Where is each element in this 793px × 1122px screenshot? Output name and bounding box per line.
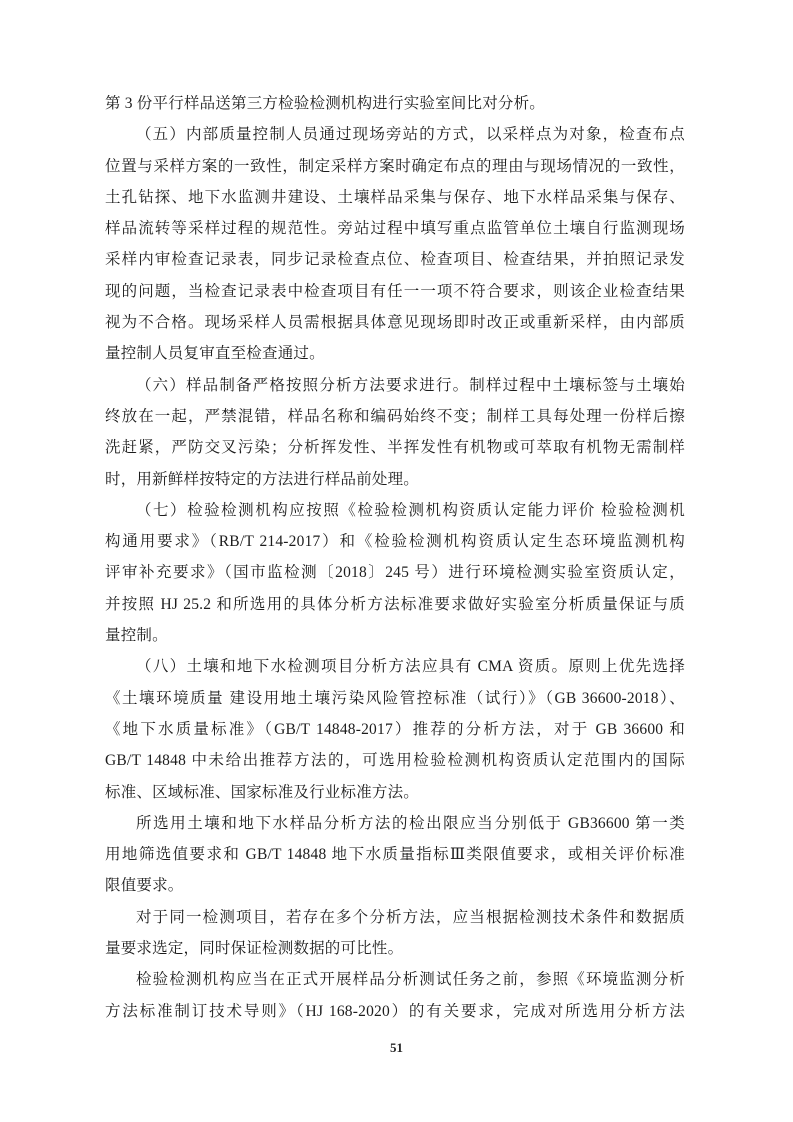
paragraph: 检验检测机构应当在正式开展样品分析测试任务之前，参照《环境监测分析方法标准制订技… xyxy=(105,964,685,1027)
text-line: 现的问题，当检查记录表中检查项目有任一一项不符合要求，则该企业检查结果 xyxy=(105,276,685,307)
text-line: （八）土壤和地下水检测项目分析方法应具有 CMA 资质。原则上优先选择 xyxy=(105,651,685,682)
paragraph: 对于同一检测项目，若存在多个分析方法，应当根据检测技术条件和数据质量要求选定，同… xyxy=(105,902,685,965)
text-line: 量控制人员复审直至检查通过。 xyxy=(105,338,685,369)
text-line: 时，用新鲜样按特定的方法进行样品前处理。 xyxy=(105,464,685,495)
text-line: 检验检测机构应当在正式开展样品分析测试任务之前，参照《环境监测分析 xyxy=(105,964,685,995)
paragraph: （七）检验检测机构应按照《检验检测机构资质认定能力评价 检验检测机构通用要求》（… xyxy=(105,495,685,651)
text-line: 《地下水质量标准》（GB/T 14848-2017）推荐的分析方法，对于 GB … xyxy=(105,714,685,745)
paragraph: 所选用土壤和地下水样品分析方法的检出限应当分别低于 GB36600 第一类用地筛… xyxy=(105,808,685,902)
document-page: 第 3 份平行样品送第三方检验检测机构进行实验室间比对分析。（五）内部质量控制人… xyxy=(0,0,793,1122)
text-line: 样品流转等采样过程的规范性。旁站过程中填写重点监管单位土壤自行监测现场 xyxy=(105,213,685,244)
text-line: 量控制。 xyxy=(105,620,685,651)
text-line: 评审补充要求》（国市监检测〔2018〕245 号）进行环境检测实验室资质认定， xyxy=(105,557,685,588)
text-line: （七）检验检测机构应按照《检验检测机构资质认定能力评价 检验检测机 xyxy=(105,495,685,526)
paragraph: （五）内部质量控制人员通过现场旁站的方式，以采样点为对象，检查布点位置与采样方案… xyxy=(105,119,685,369)
text-line: 《土壤环境质量 建设用地土壤污染风险管控标准（试行）》（GB 36600-201… xyxy=(105,683,685,714)
text-line: 用地筛选值要求和 GB/T 14848 地下水质量指标Ⅲ类限值要求，或相关评价标… xyxy=(105,839,685,870)
text-line: 限值要求。 xyxy=(105,870,685,901)
text-line: 并按照 HJ 25.2 和所选用的具体分析方法标准要求做好实验室分析质量保证与质 xyxy=(105,589,685,620)
paragraph: （六）样品制备严格按照分析方法要求进行。制样过程中土壤标签与土壤始终放在一起，严… xyxy=(105,370,685,495)
text-line: 所选用土壤和地下水样品分析方法的检出限应当分别低于 GB36600 第一类 xyxy=(105,808,685,839)
text-line: 量要求选定，同时保证检测数据的可比性。 xyxy=(105,933,685,964)
text-line: 第 3 份平行样品送第三方检验检测机构进行实验室间比对分析。 xyxy=(105,88,685,119)
page-body-text: 第 3 份平行样品送第三方检验检测机构进行实验室间比对分析。（五）内部质量控制人… xyxy=(105,88,685,1027)
text-line: GB/T 14848 中未给出推荐方法的，可选用检验检测机构资质认定范围内的国际 xyxy=(105,745,685,776)
text-line: 终放在一起，严禁混错，样品名称和编码始终不变；制样工具每处理一份样后擦 xyxy=(105,401,685,432)
text-line: 方法标准制订技术导则》（HJ 168-2020）的有关要求，完成对所选用分析方法 xyxy=(105,996,685,1027)
text-line: 洗赶紧，严防交叉污染；分析挥发性、半挥发性有机物或可萃取有机物无需制样 xyxy=(105,432,685,463)
text-line: 标准、区域标准、国家标准及行业标准方法。 xyxy=(105,777,685,808)
text-line: 对于同一检测项目，若存在多个分析方法，应当根据检测技术条件和数据质 xyxy=(105,902,685,933)
paragraph: （八）土壤和地下水检测项目分析方法应具有 CMA 资质。原则上优先选择《土壤环境… xyxy=(105,651,685,807)
text-line: 视为不合格。现场采样人员需根据具体意见现场即时改正或重新采样，由内部质 xyxy=(105,307,685,338)
text-line: 构通用要求》（RB/T 214-2017）和《检验检测机构资质认定生态环境监测机… xyxy=(105,526,685,557)
text-line: 土孔钻探、地下水监测井建设、土壤样品采集与保存、地下水样品采集与保存、 xyxy=(105,182,685,213)
text-line: 采样内审检查记录表，同步记录检查点位、检查项目、检查结果，并拍照记录发 xyxy=(105,244,685,275)
text-line: 位置与采样方案的一致性，制定采样方案时确定布点的理由与现场情况的一致性， xyxy=(105,151,685,182)
paragraph: 第 3 份平行样品送第三方检验检测机构进行实验室间比对分析。 xyxy=(105,88,685,119)
text-line: （五）内部质量控制人员通过现场旁站的方式，以采样点为对象，检查布点 xyxy=(105,119,685,150)
text-line: （六）样品制备严格按照分析方法要求进行。制样过程中土壤标签与土壤始 xyxy=(105,370,685,401)
page-number: 51 xyxy=(0,1040,793,1056)
